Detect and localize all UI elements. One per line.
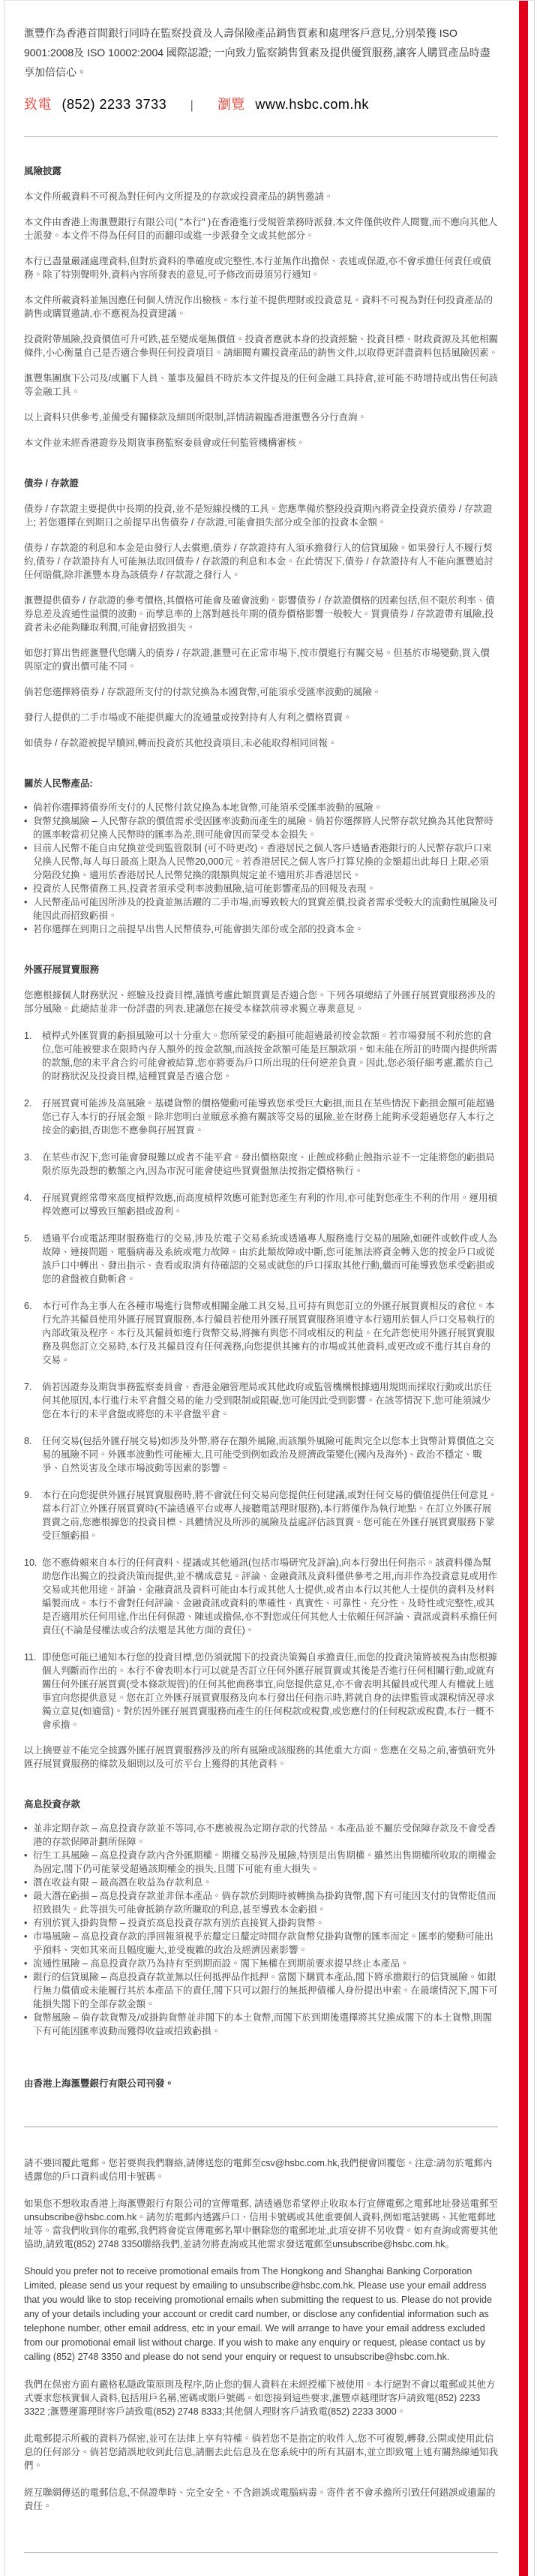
email-document: 滙豐作為香港首間銀行同時在監察投資及人壽保險產品銷售質素和處理客戶意見,分別榮獲… [4,0,535,2576]
deposit-risk-list: 並非定期存款 – 高息投資存款並不等同,亦不應被視為定期存款的代替品。本產品並不… [24,1822,498,2038]
paragraph: 以上摘要並不能完全披露外匯孖展買賣服務涉及的所有風險或該服務的其他重大方面。您應… [24,1744,498,1771]
fx-risk-list: 槓桿式外匯買賣的虧損風險可以十分重大。您所蒙受的虧損可能超過最初按金款額。若市場… [24,1029,498,1732]
list-item: 目前人民幣不能自由兌換並受到監管限制 (可不時更改)。香港居民之個人客戶透過香港… [24,841,498,882]
paragraph: 債券 / 存款證主要提供中長期的投資,並不是短線投機的工具。您應準備於整段投資期… [24,502,498,529]
list-item: 並非定期存款 – 高息投資存款並不等同,亦不應被視為定期存款的代替品。本產品並不… [24,1822,498,1849]
paragraph: Should you prefer not to receive promoti… [24,2265,498,2364]
paragraph: 倘若您選擇將債券 / 存款證所支付的付款兌換為本國貨幣,可能須承受匯率波動的風險… [24,685,498,699]
section-heading-rmb-products: 關於人民幣產品: [24,777,498,790]
list-item: 透過平台或電話理財服務進行的交易,涉及於電子交易系統或透過專人服務進行交易的風險… [24,1232,498,1286]
paragraph: 此電郵提示所載的資料乃保密,並可在法律上享有特權。倘若您不是指定的收件人,您不可… [24,2432,498,2472]
list-item: 孖展買賣經常帶來高度槓桿效應,而高度槓桿效應可能對您產生有利的作用,亦可能對您產… [24,1191,498,1218]
paragraph: 債券 / 存款證的利息和本金是由發行人去償還,債券 / 存款證持有人須承擔發行人… [24,541,498,582]
divider [24,2552,498,2553]
iso-certification-note: 滙豐作為香港首間銀行同時在監察投資及人壽保險產品銷售質素和處理客戶意見,分別榮獲… [24,23,498,82]
section-heading-fx-margin: 外匯孖展買賣服務 [24,963,498,977]
paragraph: 本文件並未經香港證券及期貨事務監察委員會或任何監管機構審核。 [24,436,498,450]
section-heading-bonds-cds: 債券 / 存款證 [24,477,498,490]
rmb-risk-list: 倘若你選擇將債券所支付的人民幣付款兌換為本地貨幣,可能須承受匯率波動的風險。 貨… [24,801,498,936]
paragraph: 發行人提供的二手市場或不能提供龐大的流通量或按對持有人有利之價格買賣。 [24,711,498,724]
paragraph: 請不要回覆此電郵。您若要與我們聯絡,請傳送您的電郵至csv@hsbc.com.h… [24,2156,498,2183]
paragraph: 如債券 / 存款證被提早贖回,轉而投資於其他投資項目,未必能取得相同回報。 [24,736,498,750]
list-item: 衍生工具風險 – 高息投資存款內含外匯期權。期權交易涉及風險,特別是出售期權。雖… [24,1849,498,1876]
paragraph: 您應根據個人財務狀況、經驗及投資目標,謹慎考慮此類買賣是否適合您。下列各項總結了… [24,989,498,1016]
paragraph: 經互聯網傳送的電郵信息,不保證準時、完全安全、不含錯誤或電腦病毒。寄件者不會承擔… [24,2486,498,2513]
list-item: 投資於人民幣債務工具,投資者須承受利率波動風險,這可能影響產品的回報及表現。 [24,882,498,895]
paragraph: 如果您不想收取香港上海滙豐銀行有限公司的宣傳電郵, 請透過您希望停止收取本行宣傳… [24,2197,498,2251]
list-item: 倘若因證券及期貨事務監察委員會、香港金融管理局或其他政府或監管機構根據適用規則而… [24,1380,498,1421]
brand-red-stripe [519,1,528,2576]
list-item: 貨幣兌換風險 – 人民幣存款的價值需承受因匯率波動而產生的風險。倘若你選擇將人民… [24,814,498,841]
list-item: 本行可作為主事人在各種市場進行貨幣或相關金融工具交易,且可持有與您訂立的外匯孖展… [24,1299,498,1367]
email-footer: 請不要回覆此電郵。您若要與我們聯絡,請傳送您的電郵至csv@hsbc.com.h… [24,2135,498,2513]
list-item: 貨幣風險 – 倘存款貨幣及/或掛鈎貨幣並非閣下的本土貨幣,而閣下於到期後選擇將其… [24,2011,498,2038]
list-item: 任何交易(包括外匯孖展交易)如涉及外幣,將存在額外風險,而該額外風險可能與完全以… [24,1434,498,1475]
paragraph: 如您打算出售經滙豐代您購入的債券 / 存款證,滙豐可在正常市場下,按市價進行有關… [24,646,498,673]
issuer-statement: 由香港上海滙豐銀行有限公司刊發。 [24,2077,498,2090]
list-item: 有別於買入掛鈎貨幣 – 投資於高息投資存款有別於直接買入掛鈎貨幣。 [24,1916,498,1930]
list-item: 您不應倚賴來自本行的任何資料、提議或其他通訊(包括市場研究及評論),向本行發出任… [24,1556,498,1637]
list-item: 最大潛在虧損 – 高息投資存款並非保本產品。倘存款於到期時被轉換為掛鈎貨幣,閣下… [24,1889,498,1916]
list-item: 即使您可能已通知本行您的投資目標,您仍須就閣下的投資決策獨自承擔責任,而您的投資… [24,1651,498,1732]
list-item: 流通性風險 – 高息投資存款乃為持有至到期而設。閣下無權在到期前要求提早終止本產… [24,1957,498,1970]
list-item: 銀行的信貸風險 – 高息投資存款並無以任何抵押品作抵押。當閣下購買本產品,閣下將… [24,1970,498,2011]
paragraph: 滙豐集團旗下公司及/或屬下人員、董事及僱員不時於本文件提及的任何金融工具持倉,並… [24,372,498,399]
paragraph: 本文件所載資料不可視為對任何內文所提及的存款或投資產品的銷售邀請。 [24,190,498,203]
divider [24,136,498,137]
paragraph: 我們在保密方面有嚴格私隱政策原則及程序,防止您的個人資料在未經授權下被使用。本行… [24,2378,498,2418]
list-item: 人民幣產品可能因所涉及的投資並無活躍的二手市場,而導致較大的買賣差價,投資者需承… [24,895,498,922]
paragraph: 滙豐提供債券 / 存款證的參考價格,其價格可能會及確會波動。影響債券 / 存款證… [24,594,498,634]
paragraph: 投資附帶風險,投資價值可升可跌,甚至變成毫無價值。投資者應就本身的投資經驗、投資… [24,333,498,360]
website-url: www.hsbc.com.hk [255,97,369,112]
list-item: 若你選擇在到期日之前提早出售人民幣債券,可能會損失部份或全部的投資本金。 [24,922,498,936]
divider [24,2126,498,2128]
list-item: 孖展買賣可能涉及高風險。基礎貨幣的價格變動可能導致您承受巨大虧損,而且在某些情況… [24,1097,498,1137]
paragraph: 本行已盡量嚴謹處理資料,但對於資料的準確度或完整性,本行並無作出擔保、表述或保證… [24,254,498,281]
list-item: 槓桿式外匯買賣的虧損風險可以十分重大。您所蒙受的虧損可能超過最初按金款額。若市場… [24,1029,498,1083]
section-heading-high-yield-deposit: 高息投資存款 [24,1798,498,1811]
list-item: 市場風險 – 高息投資存款的淨回報須視乎於釐定日釐定時間存款貨幣兌掛鈎貨幣的匯率… [24,1930,498,1957]
call-label: 致電 [24,97,52,112]
list-item: 倘若你選擇將債券所支付的人民幣付款兌換為本地貨幣,可能須承受匯率波動的風險。 [24,801,498,814]
browse-label: 瀏覽 [217,97,245,112]
section-heading-risk-disclosure: 風險披露 [24,164,498,178]
list-item: 潛在收益有限 – 最高潛在收益為存款利息。 [24,1876,498,1889]
paragraph: 本文件由香港上海滙豐銀行有限公司( "本行" )在香港進行受規管業務時派發,本文… [24,215,498,242]
contact-line: 致電 (852) 2233 3733 | 瀏覽 www.hsbc.com.hk [24,94,498,113]
email-body: 滙豐作為香港首間銀行同時在監察投資及人壽保險產品銷售質素和處理客戶意見,分別榮獲… [4,1,534,2576]
separator-bar: | [190,99,194,112]
paragraph: 本文件所載資料並無因應任何個人情況作出檢核。本行並不提供理財或投資意見。資料不可… [24,293,498,320]
paragraph: 以上資料只供參考,並備受有關條款及細則所限制,詳情請親臨香港滙豐各分行查詢。 [24,411,498,424]
list-item: 本行在向您提供外匯孖展買賣服務時,將不會就任何交易向您提供任何建議,或對任何交易… [24,1488,498,1542]
list-item: 在某些市況下,您可能會發現難以或者不能平倉。發出價格限度、止蝕或移動止蝕指示並不… [24,1151,498,1178]
phone-number: (852) 2233 3733 [62,97,167,112]
